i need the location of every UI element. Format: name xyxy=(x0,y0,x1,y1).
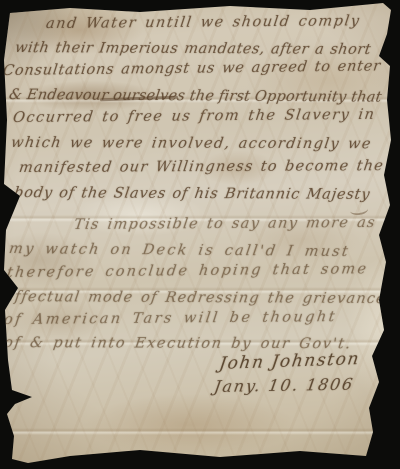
letter-line: and Water untill we should comply xyxy=(45,14,361,31)
letter-line: Occurred to free us from the Slavery in xyxy=(12,108,376,126)
letter-line: effectual mode of Redressing the grievan… xyxy=(4,290,396,307)
letter-line: & Endeavour ourselves the first Opportun… xyxy=(8,88,383,105)
letter-line: of & put into Execution by our Gov't. xyxy=(3,336,353,352)
letter-line: manifested our Willingness to become the xyxy=(18,159,385,175)
letter-line: Tis impossible to say any more as xyxy=(73,216,377,233)
signature: John Johnston xyxy=(218,351,361,373)
fold-crease xyxy=(0,428,400,435)
letter-line: my watch on Deck is call'd I must xyxy=(8,242,351,259)
letter-date: Jany. 10. 1806 xyxy=(213,377,355,395)
letter-line: Consultations amongst us we agreed to en… xyxy=(2,59,382,78)
letter-paper: and Water untill we should comply with t… xyxy=(0,0,400,469)
letter-line: with their Imperious mandates, after a s… xyxy=(14,41,372,57)
photo-background: and Water untill we should comply with t… xyxy=(0,0,400,469)
letter-line: which we were involved, accordingly we xyxy=(10,136,373,152)
letter-line: therefore conclude hoping that some xyxy=(6,262,369,280)
letter-line: of American Tars will be thought xyxy=(3,310,338,327)
letter-line: body of the Slaves of his Britannic Maje… xyxy=(13,186,371,202)
